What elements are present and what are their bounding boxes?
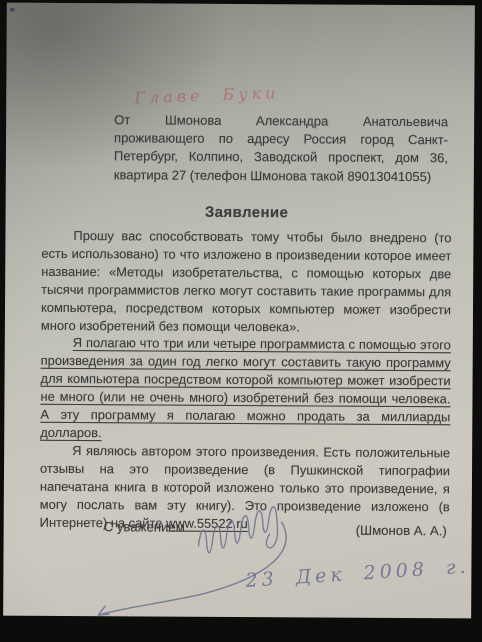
- paper-document: Главе Буки От Шмонова Александра Анатоль…: [3, 3, 475, 619]
- handwritten-note-red: Главе Буки: [134, 83, 280, 107]
- handwritten-date: 23 Дек 2008 г.: [245, 556, 470, 592]
- paragraph-author: Я являюсь автором этого произведения. Ес…: [40, 442, 451, 534]
- closing-respect-label: С уважением: [104, 519, 185, 534]
- sender-address-block: От Шмонова Александра Анатольевича прожи…: [114, 111, 448, 186]
- document-body: Прошу вас способствовать тому чтобы было…: [40, 227, 452, 534]
- corner-ink-speck: [10, 8, 15, 12]
- paragraph-request: Прошу вас способствовать тому чтобы было…: [41, 227, 452, 337]
- photo-frame: Главе Буки От Шмонова Александра Анатоль…: [0, 0, 482, 642]
- document-title: Заявление: [42, 203, 452, 223]
- paragraph-claim-underlined: Я полагаю что три или четыре программист…: [40, 334, 451, 444]
- closing-name-label: (Шмонов А. А.): [356, 523, 447, 539]
